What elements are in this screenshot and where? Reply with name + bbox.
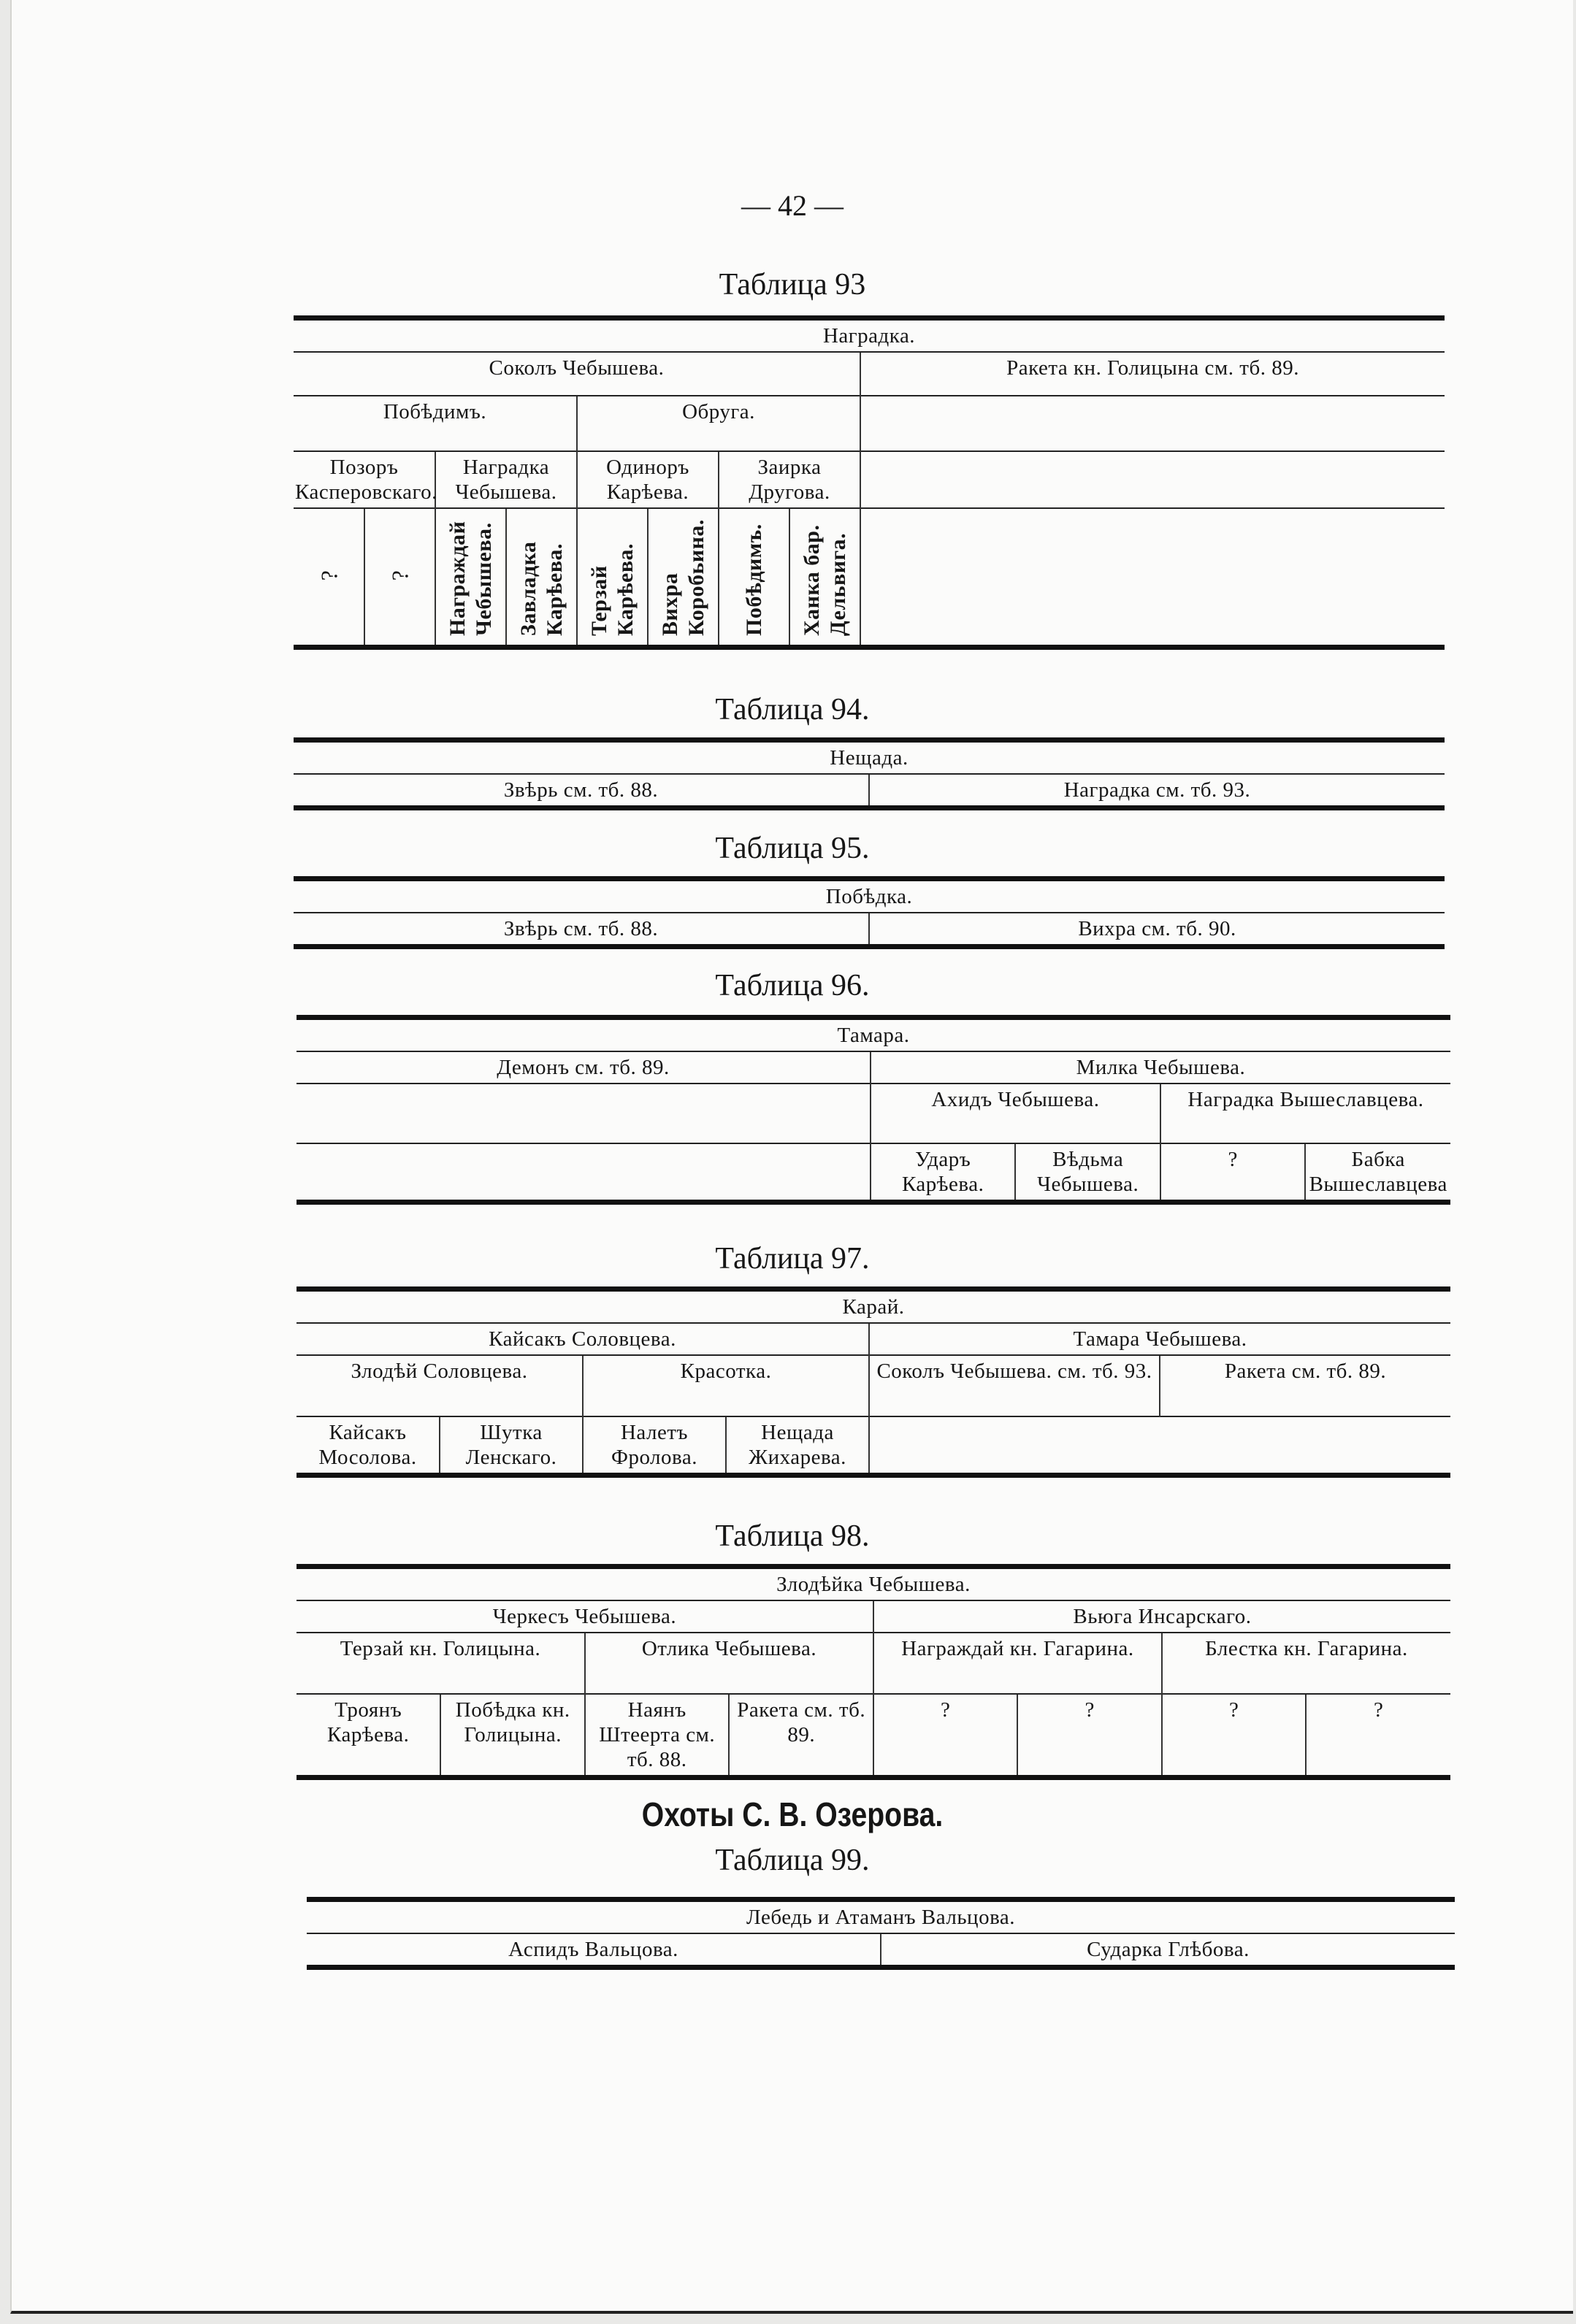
table-99: Лебедь и Атаманъ Вальцова. Аспидъ Вальцо… <box>307 1897 1455 1970</box>
t93-gen4-0: ? <box>294 508 364 648</box>
t93-gen4-6: Побѣдимъ. <box>719 508 789 648</box>
t98-gen2-2: Награждай кн. Гагарина. <box>873 1633 1162 1694</box>
t99-root: Лебедь и Атаманъ Вальцова. <box>307 1900 1455 1934</box>
t96-dam: Милка Чебышева. <box>871 1051 1450 1084</box>
t96-gen3-1: Вѣдьма Чебышева. <box>1015 1143 1160 1203</box>
t98-dam: Вьюга Инсарскаго. <box>873 1600 1450 1633</box>
t97-root: Карай. <box>297 1289 1450 1324</box>
t97-gen3-3: Нещада Жихарева. <box>726 1416 869 1476</box>
table-93: Наградка. Соколъ Чебышева. Ракета кн. Го… <box>294 315 1445 650</box>
t93-empty-cell <box>860 451 1445 508</box>
t96-gen3-0: Ударъ Карѣева. <box>871 1143 1016 1203</box>
table-93-title: Таблица 93 <box>12 267 1573 302</box>
t98-gen2-1: Отлика Чебышева. <box>585 1633 873 1694</box>
t93-gen3-1: Наградка Чебышева. <box>435 451 577 508</box>
table-97-title: Таблица 97. <box>12 1241 1573 1276</box>
t97-sire: Кайсакъ Соловцева. <box>297 1323 869 1355</box>
t94-sire: Звѣрь см. тб. 88. <box>294 774 869 808</box>
t97-gen3-0: Кайсакъ Мосолова. <box>297 1416 440 1476</box>
t98-gen3-5: ? <box>1017 1694 1161 1778</box>
t98-gen3-3: Ракета см. тб. 89. <box>729 1694 873 1778</box>
table-94: Нещада. Звѣрь см. тб. 88. Наградка см. т… <box>294 737 1445 810</box>
t93-gen3-3: Заирка Другова. <box>719 451 860 508</box>
book-page: — 42 — Таблица 93 Наградка. Соколъ Чебыш… <box>10 0 1573 2314</box>
t96-gen2-1: Наградка Вышеславцева. <box>1160 1084 1450 1143</box>
t93-sire: Соколъ Чебышева. <box>294 352 860 396</box>
t96-empty-cell <box>297 1084 871 1143</box>
t93-gen2-1: Обруга. <box>577 396 860 451</box>
table-98-title: Таблица 98. <box>12 1519 1573 1554</box>
t97-gen2-0: Злодѣй Соловцева. <box>297 1355 583 1416</box>
page-number: — 42 — <box>12 188 1573 223</box>
t95-sire: Звѣрь см. тб. 88. <box>294 913 869 947</box>
table-94-title: Таблица 94. <box>12 692 1573 727</box>
t97-gen3-1: Шутка Ленскаго. <box>440 1416 583 1476</box>
table-95-title: Таблица 95. <box>12 831 1573 866</box>
t93-root: Наградка. <box>294 318 1445 353</box>
t96-root: Тамара. <box>297 1018 1450 1052</box>
t93-dam: Ракета кн. Голицына см. тб. 89. <box>860 352 1445 396</box>
table-95: Побѣдка. Звѣрь см. тб. 88. Вихра см. тб.… <box>294 876 1445 949</box>
t93-gen4-2: Награждай Чебышева. <box>435 508 506 648</box>
t97-gen2-3: Ракета см. тб. 89. <box>1160 1355 1450 1416</box>
t98-gen3-7: ? <box>1306 1694 1450 1778</box>
t93-gen3-2: Одиноръ Карѣева. <box>577 451 719 508</box>
t96-sire: Демонъ см. тб. 89. <box>297 1051 871 1084</box>
table-98: Злодѣйка Чебышева. Черкесъ Чебышева. Вью… <box>297 1564 1450 1780</box>
t93-empty-cell <box>860 396 1445 451</box>
t96-gen3-2: ? <box>1160 1143 1306 1203</box>
t97-gen2-2: Соколъ Чебышева. см. тб. 93. <box>869 1355 1160 1416</box>
t97-empty-cell <box>869 1416 1450 1476</box>
t93-gen4-4: Терзай Карѣева. <box>577 508 648 648</box>
t94-root: Нещада. <box>294 740 1445 775</box>
t97-gen3-2: Налетъ Фролова. <box>583 1416 726 1476</box>
table-96: Тамара. Демонъ см. тб. 89. Милка Чебышев… <box>297 1015 1450 1205</box>
section-heading: Охоты С. В. Озерова. <box>129 1795 1455 1834</box>
t93-gen4-5: Вихра Коробьина. <box>648 508 719 648</box>
t96-gen3-3: Бабка Вышеславцева <box>1305 1143 1450 1203</box>
t96-empty-cell <box>297 1143 871 1203</box>
t94-dam: Наградка см. тб. 93. <box>869 774 1445 808</box>
t93-gen4-3: Завладка Карѣева. <box>506 508 577 648</box>
t98-gen3-4: ? <box>873 1694 1017 1778</box>
t93-gen3-0: Позоръ Касперовскаго. <box>294 451 435 508</box>
table-99-title: Таблица 99. <box>12 1843 1573 1878</box>
t98-gen3-1: Побѣдка кн. Голицына. <box>440 1694 584 1778</box>
table-97: Карай. Кайсакъ Соловцева. Тамара Чебышев… <box>297 1286 1450 1478</box>
t93-gen4-7: Ханка бар. Дельвига. <box>789 508 860 648</box>
t93-gen4-1: ? <box>364 508 435 648</box>
t97-gen2-1: Красотка. <box>583 1355 869 1416</box>
t97-dam: Тамара Чебышева. <box>869 1323 1450 1355</box>
t98-gen3-6: ? <box>1162 1694 1306 1778</box>
t99-dam: Сударка Глѣбова. <box>881 1933 1455 1968</box>
t96-gen2-0: Ахидъ Чебышева. <box>871 1084 1160 1143</box>
t99-sire: Аспидъ Вальцова. <box>307 1933 881 1968</box>
t98-gen2-3: Блестка кн. Гагарина. <box>1162 1633 1450 1694</box>
t98-gen3-0: Троянъ Карѣева. <box>297 1694 440 1778</box>
t95-root: Побѣдка. <box>294 879 1445 913</box>
t98-gen3-2: Наянъ Штеерта см. тб. 88. <box>585 1694 729 1778</box>
t98-sire: Черкесъ Чебышева. <box>297 1600 873 1633</box>
t98-root: Злодѣйка Чебышева. <box>297 1567 1450 1601</box>
t93-empty-cell <box>860 508 1445 648</box>
t98-gen2-0: Терзай кн. Голицына. <box>297 1633 585 1694</box>
t95-dam: Вихра см. тб. 90. <box>869 913 1445 947</box>
table-96-title: Таблица 96. <box>12 968 1573 1003</box>
t93-gen2-0: Побѣдимъ. <box>294 396 577 451</box>
